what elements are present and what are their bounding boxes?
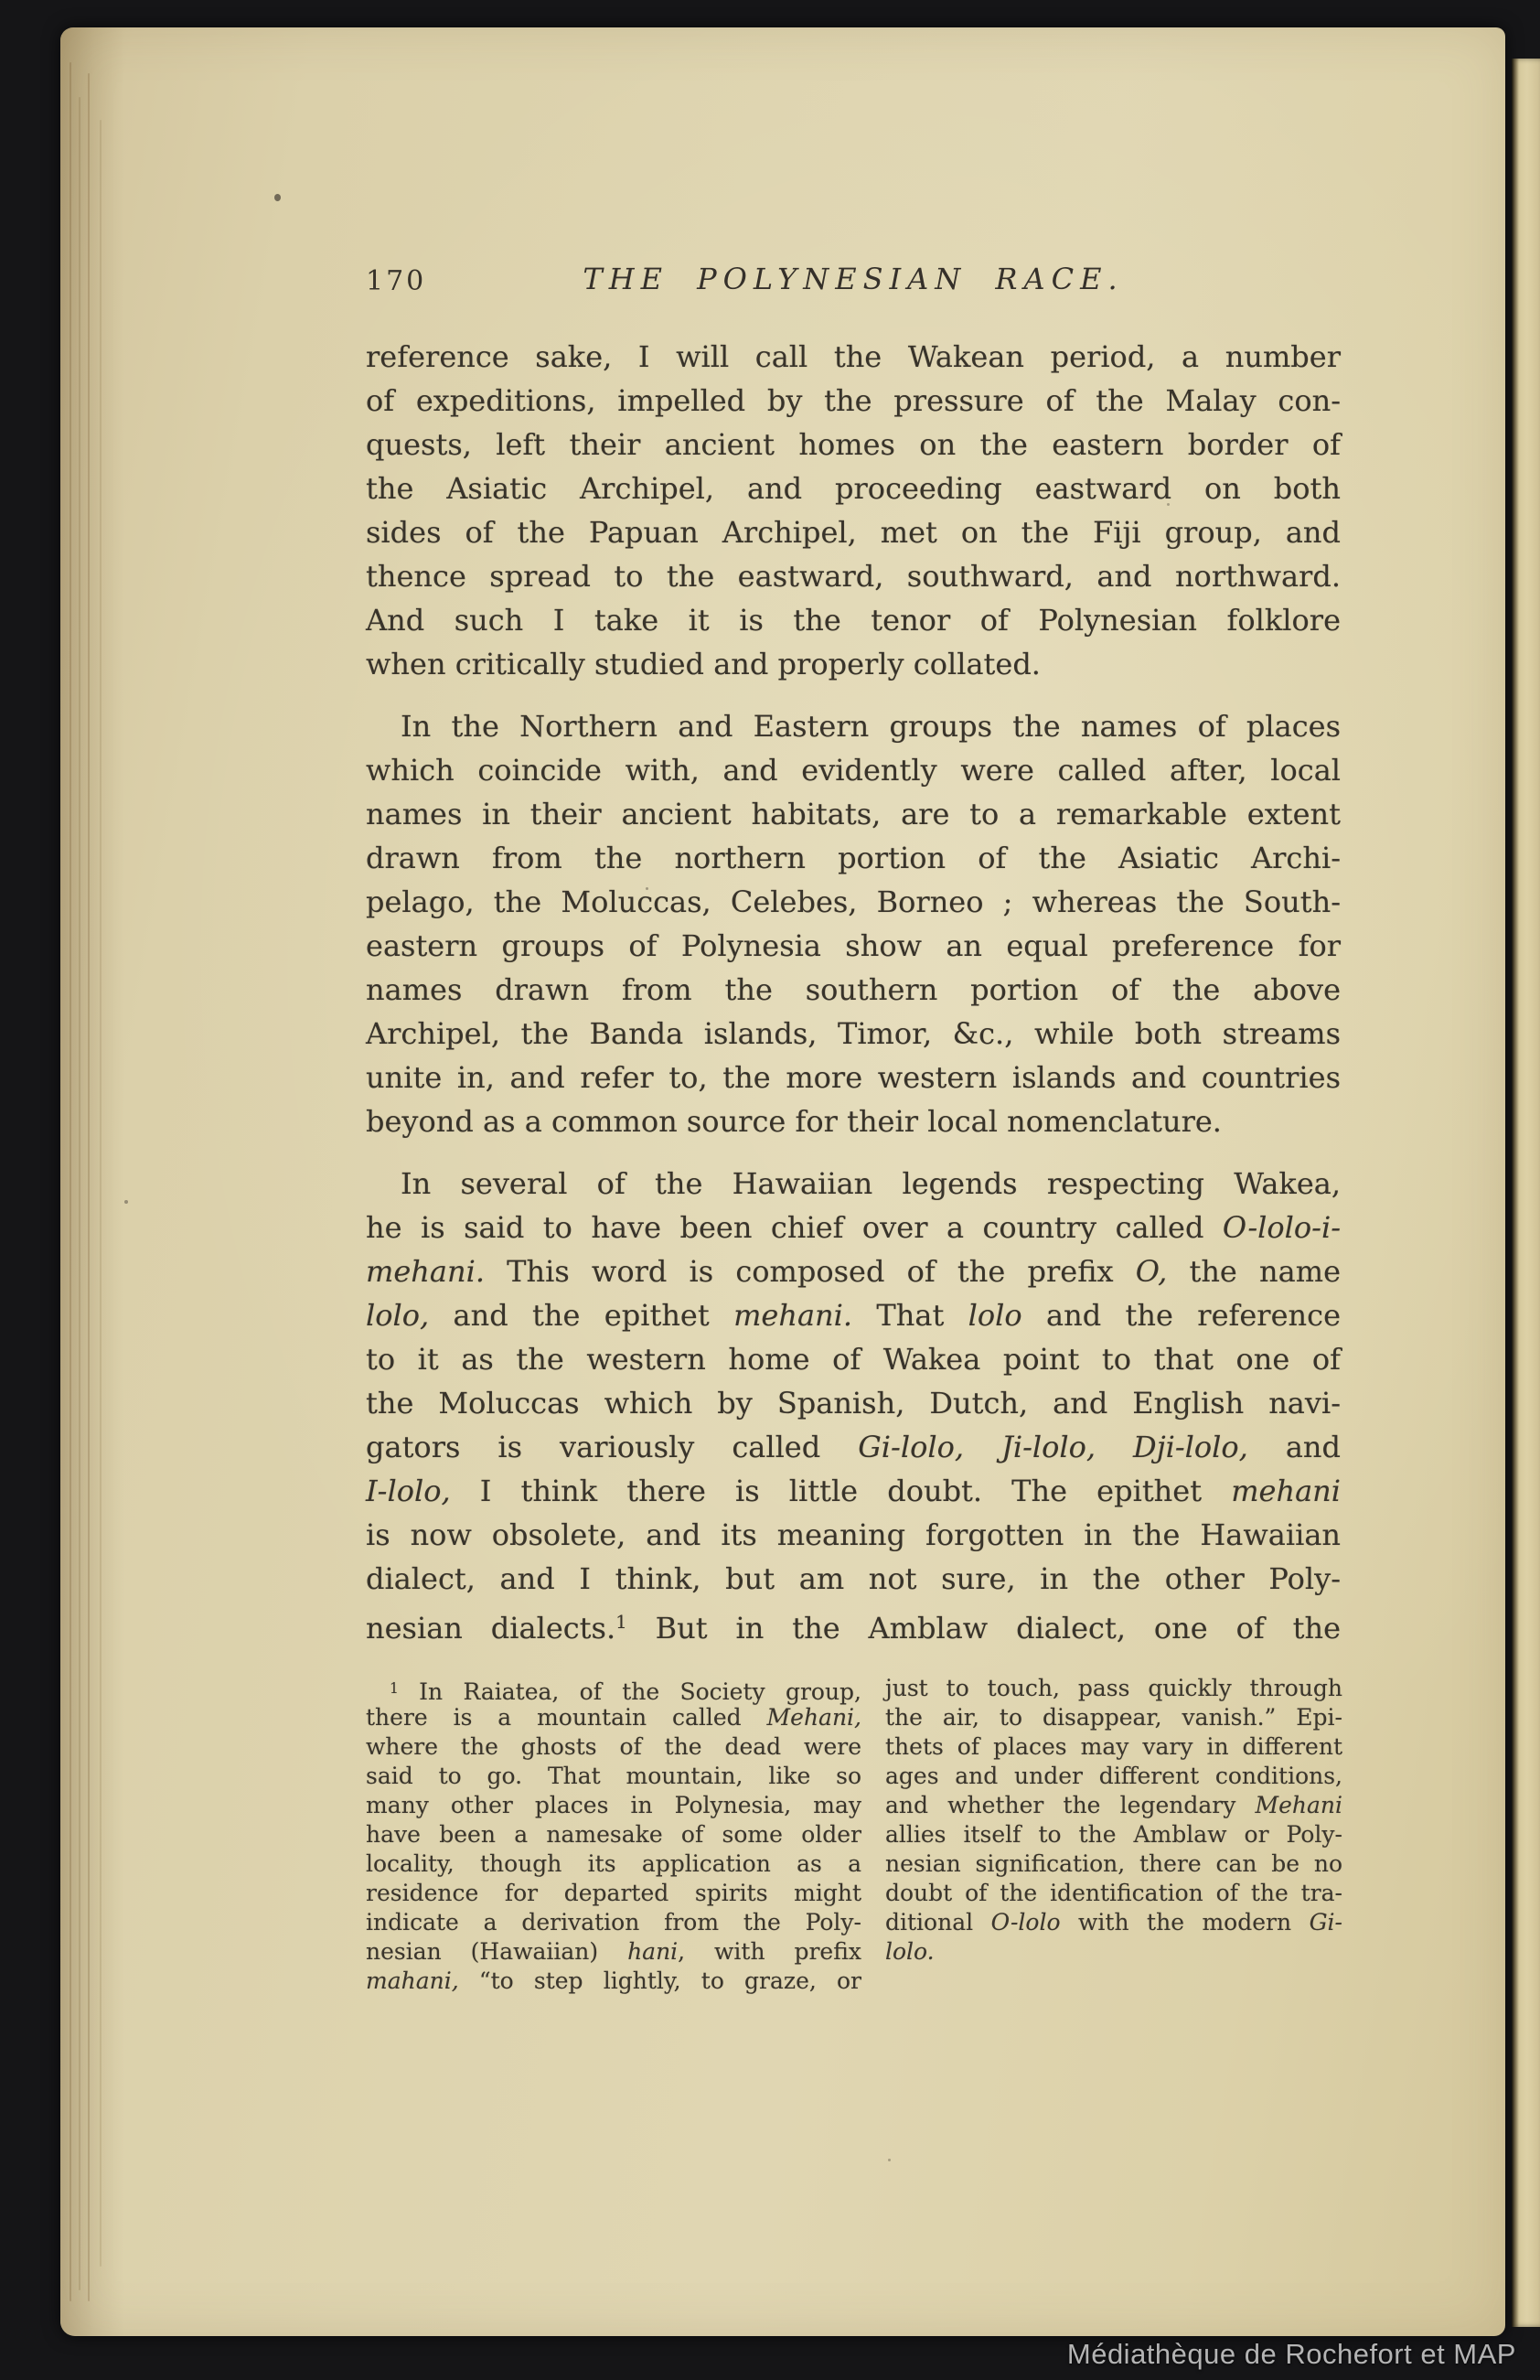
paper-speck (124, 1200, 128, 1204)
text-line: lolo. (885, 1937, 1342, 1967)
text-line: allies itself to the Amblaw or Poly- (885, 1820, 1342, 1849)
text-line: doubt of the identification of the tra- (885, 1879, 1342, 1908)
text-line: And such I take it is the tenor of Polyn… (366, 598, 1341, 642)
text-line: ditional O-lolo with the modern Gi- (885, 1908, 1342, 1937)
text-line: pelago, the Moluccas, Celebes, Borneo ; … (366, 880, 1341, 924)
text-line: eastern groups of Polynesia show an equa… (366, 924, 1341, 968)
text-line: indicate a derivation from the Poly- (366, 1908, 861, 1937)
paper-speck (274, 194, 281, 201)
text-line: just to touch, pass quickly through (885, 1674, 1342, 1703)
text-line: when critically studied and properly col… (366, 642, 1341, 686)
running-title: THE POLYNESIAN RACE. (366, 262, 1341, 296)
text-line: mahani, “to step lightly, to graze, or (366, 1967, 861, 1996)
footnote-right-column: just to touch, pass quickly throughthe a… (885, 1674, 1342, 1967)
text-line: thence spread to the eastward, southward… (366, 554, 1341, 598)
text-line: have been a namesake of some older (366, 1820, 861, 1849)
text-line: there is a mountain called Mehani, (366, 1703, 861, 1732)
text-line: sides of the Papuan Archipel, met on the… (366, 510, 1341, 554)
text-line: of expeditions, impelled by the pressure… (366, 379, 1341, 423)
text-line: nesian (Hawaiian) hani, with prefix (366, 1937, 861, 1967)
text-line: which coincide with, and evidently were … (366, 748, 1341, 792)
watermark-text: Médiathèque de Rochefort et MAP (1067, 2338, 1516, 2371)
text-line: ages and under different conditions, (885, 1762, 1342, 1791)
deckle-edge-line (100, 120, 102, 2267)
deckle-edge-line (79, 97, 80, 2290)
text-line: where the ghosts of the dead were (366, 1732, 861, 1762)
text-line: is now obsolete, and its meaning forgott… (366, 1513, 1341, 1557)
text-line: names in their ancient habitats, are to … (366, 792, 1341, 836)
page-header: 170 THE POLYNESIAN RACE. (366, 262, 1341, 302)
text-line: In the Northern and Eastern groups the n… (366, 704, 1341, 748)
text-line: to it as the western home of Wakea point… (366, 1337, 1341, 1381)
text-line: mehani. This word is composed of the pre… (366, 1249, 1341, 1293)
page-number: 170 (366, 265, 426, 297)
paragraph: reference sake, I will call the Wakean p… (366, 335, 1341, 686)
footnote-left-column: 1 In Raiatea, of the Society group,there… (366, 1674, 861, 1996)
text-line: Archipel, the Banda islands, Timor, &c.,… (366, 1012, 1341, 1056)
text-line: names drawn from the southern portion of… (366, 968, 1341, 1012)
text-line: many other places in Polynesia, may (366, 1791, 861, 1820)
text-line: and whether the legendary Mehani (885, 1791, 1342, 1820)
text-line: reference sake, I will call the Wakean p… (366, 335, 1341, 379)
adjacent-page-edge (1512, 59, 1540, 2327)
text-line: the air, to disappear, vanish.” Epi- (885, 1703, 1342, 1732)
deckle-edge-line (70, 62, 71, 2301)
book-page: 170 THE POLYNESIAN RACE. reference sake,… (60, 27, 1505, 2336)
deckle-edge-line (88, 73, 90, 2301)
body-text: reference sake, I will call the Wakean p… (366, 335, 1341, 1645)
text-line: locality, though its application as a (366, 1849, 861, 1879)
text-line: the Moluccas which by Spanish, Dutch, an… (366, 1381, 1341, 1425)
text-line: I-lolo, I think there is little doubt. T… (366, 1469, 1341, 1513)
text-line: dialect, and I think, but am not sure, i… (366, 1557, 1341, 1601)
text-line: he is said to have been chief over a cou… (366, 1206, 1341, 1249)
text-line: drawn from the northern portion of the A… (366, 836, 1341, 880)
text-line: residence for departed spirits might (366, 1879, 861, 1908)
text-line: gators is variously called Gi-lolo, Ji-l… (366, 1425, 1341, 1469)
text-line: In several of the Hawaiian legends respe… (366, 1162, 1341, 1206)
text-line: unite in, and refer to, the more western… (366, 1056, 1341, 1099)
text-line: 1 In Raiatea, of the Society group, (366, 1674, 861, 1703)
text-line: lolo, and the epithet mehani. That lolo … (366, 1293, 1341, 1337)
text-line: nesian dialects.1 But in the Amblaw dial… (366, 1601, 1341, 1645)
paper-speck (888, 2159, 891, 2161)
text-line: said to go. That mountain, like so (366, 1762, 861, 1791)
text-line: beyond as a common source for their loca… (366, 1099, 1341, 1143)
text-line: thets of places may vary in different (885, 1732, 1342, 1762)
scanned-book-photo: { "page": { "number": "170", "running_ti… (0, 0, 1540, 2380)
text-line: quests, left their ancient homes on the … (366, 423, 1341, 466)
paragraph: In the Northern and Eastern groups the n… (366, 704, 1341, 1143)
text-line: nesian signification, there can be no (885, 1849, 1342, 1879)
paragraph: In several of the Hawaiian legends respe… (366, 1162, 1341, 1645)
text-line: the Asiatic Archipel, and proceeding eas… (366, 466, 1341, 510)
